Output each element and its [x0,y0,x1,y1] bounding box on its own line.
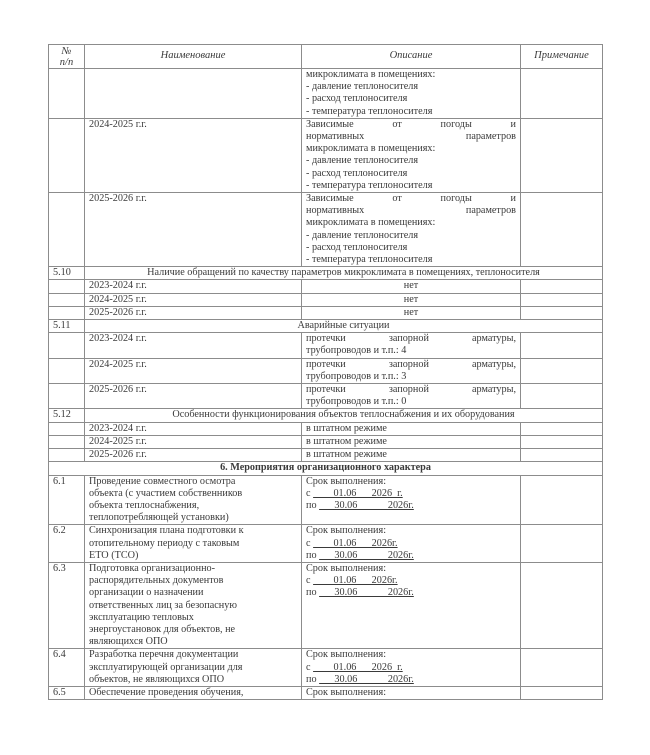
row-year: 2024-2025 г.г. [85,435,302,448]
text-line: - расход теплоносителя [306,93,516,105]
text-line: нормативных параметров [306,205,516,217]
row-num: 6.4 [49,649,85,687]
text-line: - температура теплоносителя [306,254,516,266]
text-line: Зависимые от погоды и [306,193,516,205]
row-year: 2024-2025 г.г. [85,118,302,192]
section-num: 5.11 [49,320,85,333]
row-year: 2023-2024 г.г. [85,280,302,293]
table-row: 6.4Разработка перечня документацииэксплу… [49,649,603,687]
deadline-date: по 30.06 2026г. [306,587,516,599]
row-name: Проведение совместного осмотраобъекта (с… [85,475,302,525]
row-deadline: Срок выполнения:с 01.06 2026 г.по 30.06 … [302,649,521,687]
text-line: протечки запорной арматуры, [306,384,516,396]
row-num: 6.5 [49,686,85,699]
row-value: нет [302,280,521,293]
text-line: микроклимата в помещениях: [306,69,516,81]
text-line: объектов, не являющихся ОПО [89,674,297,686]
row-year: 2023-2024 г.г. [85,333,302,358]
text-line: - температура теплоносителя [306,106,516,118]
text-line: - давление теплоносителя [306,81,516,93]
table-row: 2023-2024 г.г.в штатном режиме [49,422,603,435]
text-line: объекта теплоснабжения, [89,500,297,512]
text-line: Обеспечение проведения обучения, [89,687,297,699]
row-value: в штатном режиме [302,449,521,462]
table-row: 2023-2024 г.г.протечки запорной арматуры… [49,333,603,358]
row-num [49,384,85,409]
text-line: трубопроводов и т.п.: 0 [306,396,516,408]
text-line: Зависимые от погоды и [306,119,516,131]
row-num: 6.2 [49,525,85,563]
text-line: - давление теплоносителя [306,230,516,242]
table-row: 2025-2026 г.г.в штатном режиме [49,449,603,462]
row-note [521,333,603,358]
text-line: микроклимата в помещениях: [306,217,516,229]
row-note [521,686,603,699]
text-line: являющихся ОПО [89,636,297,648]
text-line: - давление теплоносителя [306,155,516,167]
row-description: микроклимата в помещениях:- давление теп… [302,69,521,119]
row-note [521,384,603,409]
section-row: 5.11Аварийные ситуации [49,320,603,333]
text-line: эксплуатирующей организации для [89,662,297,674]
row-name: Синхронизация плана подготовки котопител… [85,525,302,563]
text-line: - расход теплоносителя [306,168,516,180]
section-title: Наличие обращений по качеству параметров… [85,267,603,280]
row-description: протечки запорной арматуры,трубопроводов… [302,384,521,409]
table-row: 6.3Подготовка организационно-распорядите… [49,562,603,648]
header-name: Наименование [85,45,302,69]
section-num: 5.12 [49,409,85,422]
text-line: Срок выполнения: [306,563,516,575]
row-value: нет [302,293,521,306]
section-heading-row: 6. Мероприятия организационного характер… [49,462,603,475]
header-num: №п/п [49,45,85,69]
row-note [521,475,603,525]
text-line: Разработка перечня документации [89,649,297,661]
text-line: организации о назначении [89,587,297,599]
text-line: теплопотребляющей установки) [89,512,297,524]
text-line: Срок выполнения: [306,476,516,488]
row-num [49,333,85,358]
deadline-date: по 30.06 2026г. [306,674,516,686]
row-description: Зависимые от погоды инормативных парамет… [302,193,521,267]
row-year: 2025-2026 г.г. [85,449,302,462]
row-note [521,193,603,267]
row-name: Разработка перечня документацииэксплуати… [85,649,302,687]
row-num: 6.3 [49,562,85,648]
text-line: протечки запорной арматуры, [306,359,516,371]
row-note [521,525,603,563]
row-year: 2024-2025 г.г. [85,293,302,306]
text-line: ответственных лиц за безопасную [89,600,297,612]
row-num [49,449,85,462]
row-num [49,280,85,293]
row-name: Подготовка организационно-распорядительн… [85,562,302,648]
deadline-date: с 01.06 2026г. [306,575,516,587]
text-line: распорядительных документов [89,575,297,587]
row-num: 6.1 [49,475,85,525]
row-description: протечки запорной арматуры,трубопроводов… [302,358,521,383]
row-year: 2025-2026 г.г. [85,384,302,409]
table-row: 2024-2025 г.г.нет [49,293,603,306]
row-num [49,193,85,267]
text-line: микроклимата в помещениях: [306,143,516,155]
text-line: протечки запорной арматуры, [306,333,516,345]
text-line: Проведение совместного осмотра [89,476,297,488]
row-note [521,118,603,192]
row-year: 2023-2024 г.г. [85,422,302,435]
row-description: протечки запорной арматуры,трубопроводов… [302,333,521,358]
text-line: трубопроводов и т.п.: 3 [306,371,516,383]
table-row: 2023-2024 г.г.нет [49,280,603,293]
text-line: Синхронизация плана подготовки к [89,525,297,537]
section-title: Особенности функционирования объектов те… [85,409,603,422]
row-note [521,358,603,383]
row-value: нет [302,306,521,319]
row-value: в штатном режиме [302,422,521,435]
header-note: Примечание [521,45,603,69]
table-row: 2024-2025 г.г.протечки запорной арматуры… [49,358,603,383]
text-line: Срок выполнения: [306,687,516,699]
row-note [521,306,603,319]
table-row: 6.2Синхронизация плана подготовки котопи… [49,525,603,563]
text-line: - температура теплоносителя [306,180,516,192]
table-row: 2024-2025 г.г.в штатном режиме [49,435,603,448]
section-row: 5.10Наличие обращений по качеству параме… [49,267,603,280]
table-row: 2025-2026 г.г.Зависимые от погоды инорма… [49,193,603,267]
row-description: Зависимые от погоды инормативных парамет… [302,118,521,192]
row-num [49,422,85,435]
row-note [521,562,603,648]
row-num [49,435,85,448]
table-row: 2025-2026 г.г.протечки запорной арматуры… [49,384,603,409]
row-num [49,69,85,119]
row-year: 2025-2026 г.г. [85,193,302,267]
text-line: отопительному периоду с таковым [89,538,297,550]
table-row: 2024-2025 г.г.Зависимые от погоды инорма… [49,118,603,192]
table-row: 6.1Проведение совместного осмотраобъекта… [49,475,603,525]
row-year: 2025-2026 г.г. [85,306,302,319]
text-line: трубопроводов и т.п.: 4 [306,345,516,357]
row-name [85,69,302,119]
section-heading: 6. Мероприятия организационного характер… [49,462,603,475]
deadline-date: по 30.06 2026г. [306,500,516,512]
header-description: Описание [302,45,521,69]
row-note [521,280,603,293]
section-title: Аварийные ситуации [85,320,603,333]
section-num: 5.10 [49,267,85,280]
row-num [49,358,85,383]
text-line: - расход теплоносителя [306,242,516,254]
text-line: эксплуатацию тепловых [89,612,297,624]
row-note [521,449,603,462]
table-header-row: №п/п Наименование Описание Примечание [49,45,603,69]
text-line: Срок выполнения: [306,525,516,537]
table-row: микроклимата в помещениях:- давление теп… [49,69,603,119]
row-note [521,422,603,435]
row-deadline: Срок выполнения:с 01.06 2026 г.по 30.06 … [302,475,521,525]
row-deadline: Срок выполнения:с 01.06 2026г.по 30.06 2… [302,562,521,648]
row-note [521,649,603,687]
row-num [49,293,85,306]
text-line: нормативных параметров [306,131,516,143]
text-line: Подготовка организационно- [89,563,297,575]
table-row: 2025-2026 г.г.нет [49,306,603,319]
deadline-date: с 01.06 2026г. [306,538,516,550]
deadline-date: по 30.06 2026г. [306,550,516,562]
text-line: ЕТО (ТСО) [89,550,297,562]
row-note [521,69,603,119]
text-line: Срок выполнения: [306,649,516,661]
row-note [521,435,603,448]
text-line: объекта (с участием собственников [89,488,297,500]
row-note [521,293,603,306]
deadline-date: с 01.06 2026 г. [306,488,516,500]
table-row: 6.5Обеспечение проведения обучения,Срок … [49,686,603,699]
row-num [49,306,85,319]
row-year: 2024-2025 г.г. [85,358,302,383]
row-num [49,118,85,192]
deadline-date: с 01.06 2026 г. [306,662,516,674]
text-line: энергоустановок для объектов, не [89,624,297,636]
row-name: Обеспечение проведения обучения, [85,686,302,699]
section-row: 5.12Особенности функционирования объекто… [49,409,603,422]
row-deadline: Срок выполнения:с 01.06 2026г.по 30.06 2… [302,525,521,563]
row-value: в штатном режиме [302,435,521,448]
row-deadline: Срок выполнения: [302,686,521,699]
document-table: №п/п Наименование Описание Примечание ми… [48,44,603,700]
